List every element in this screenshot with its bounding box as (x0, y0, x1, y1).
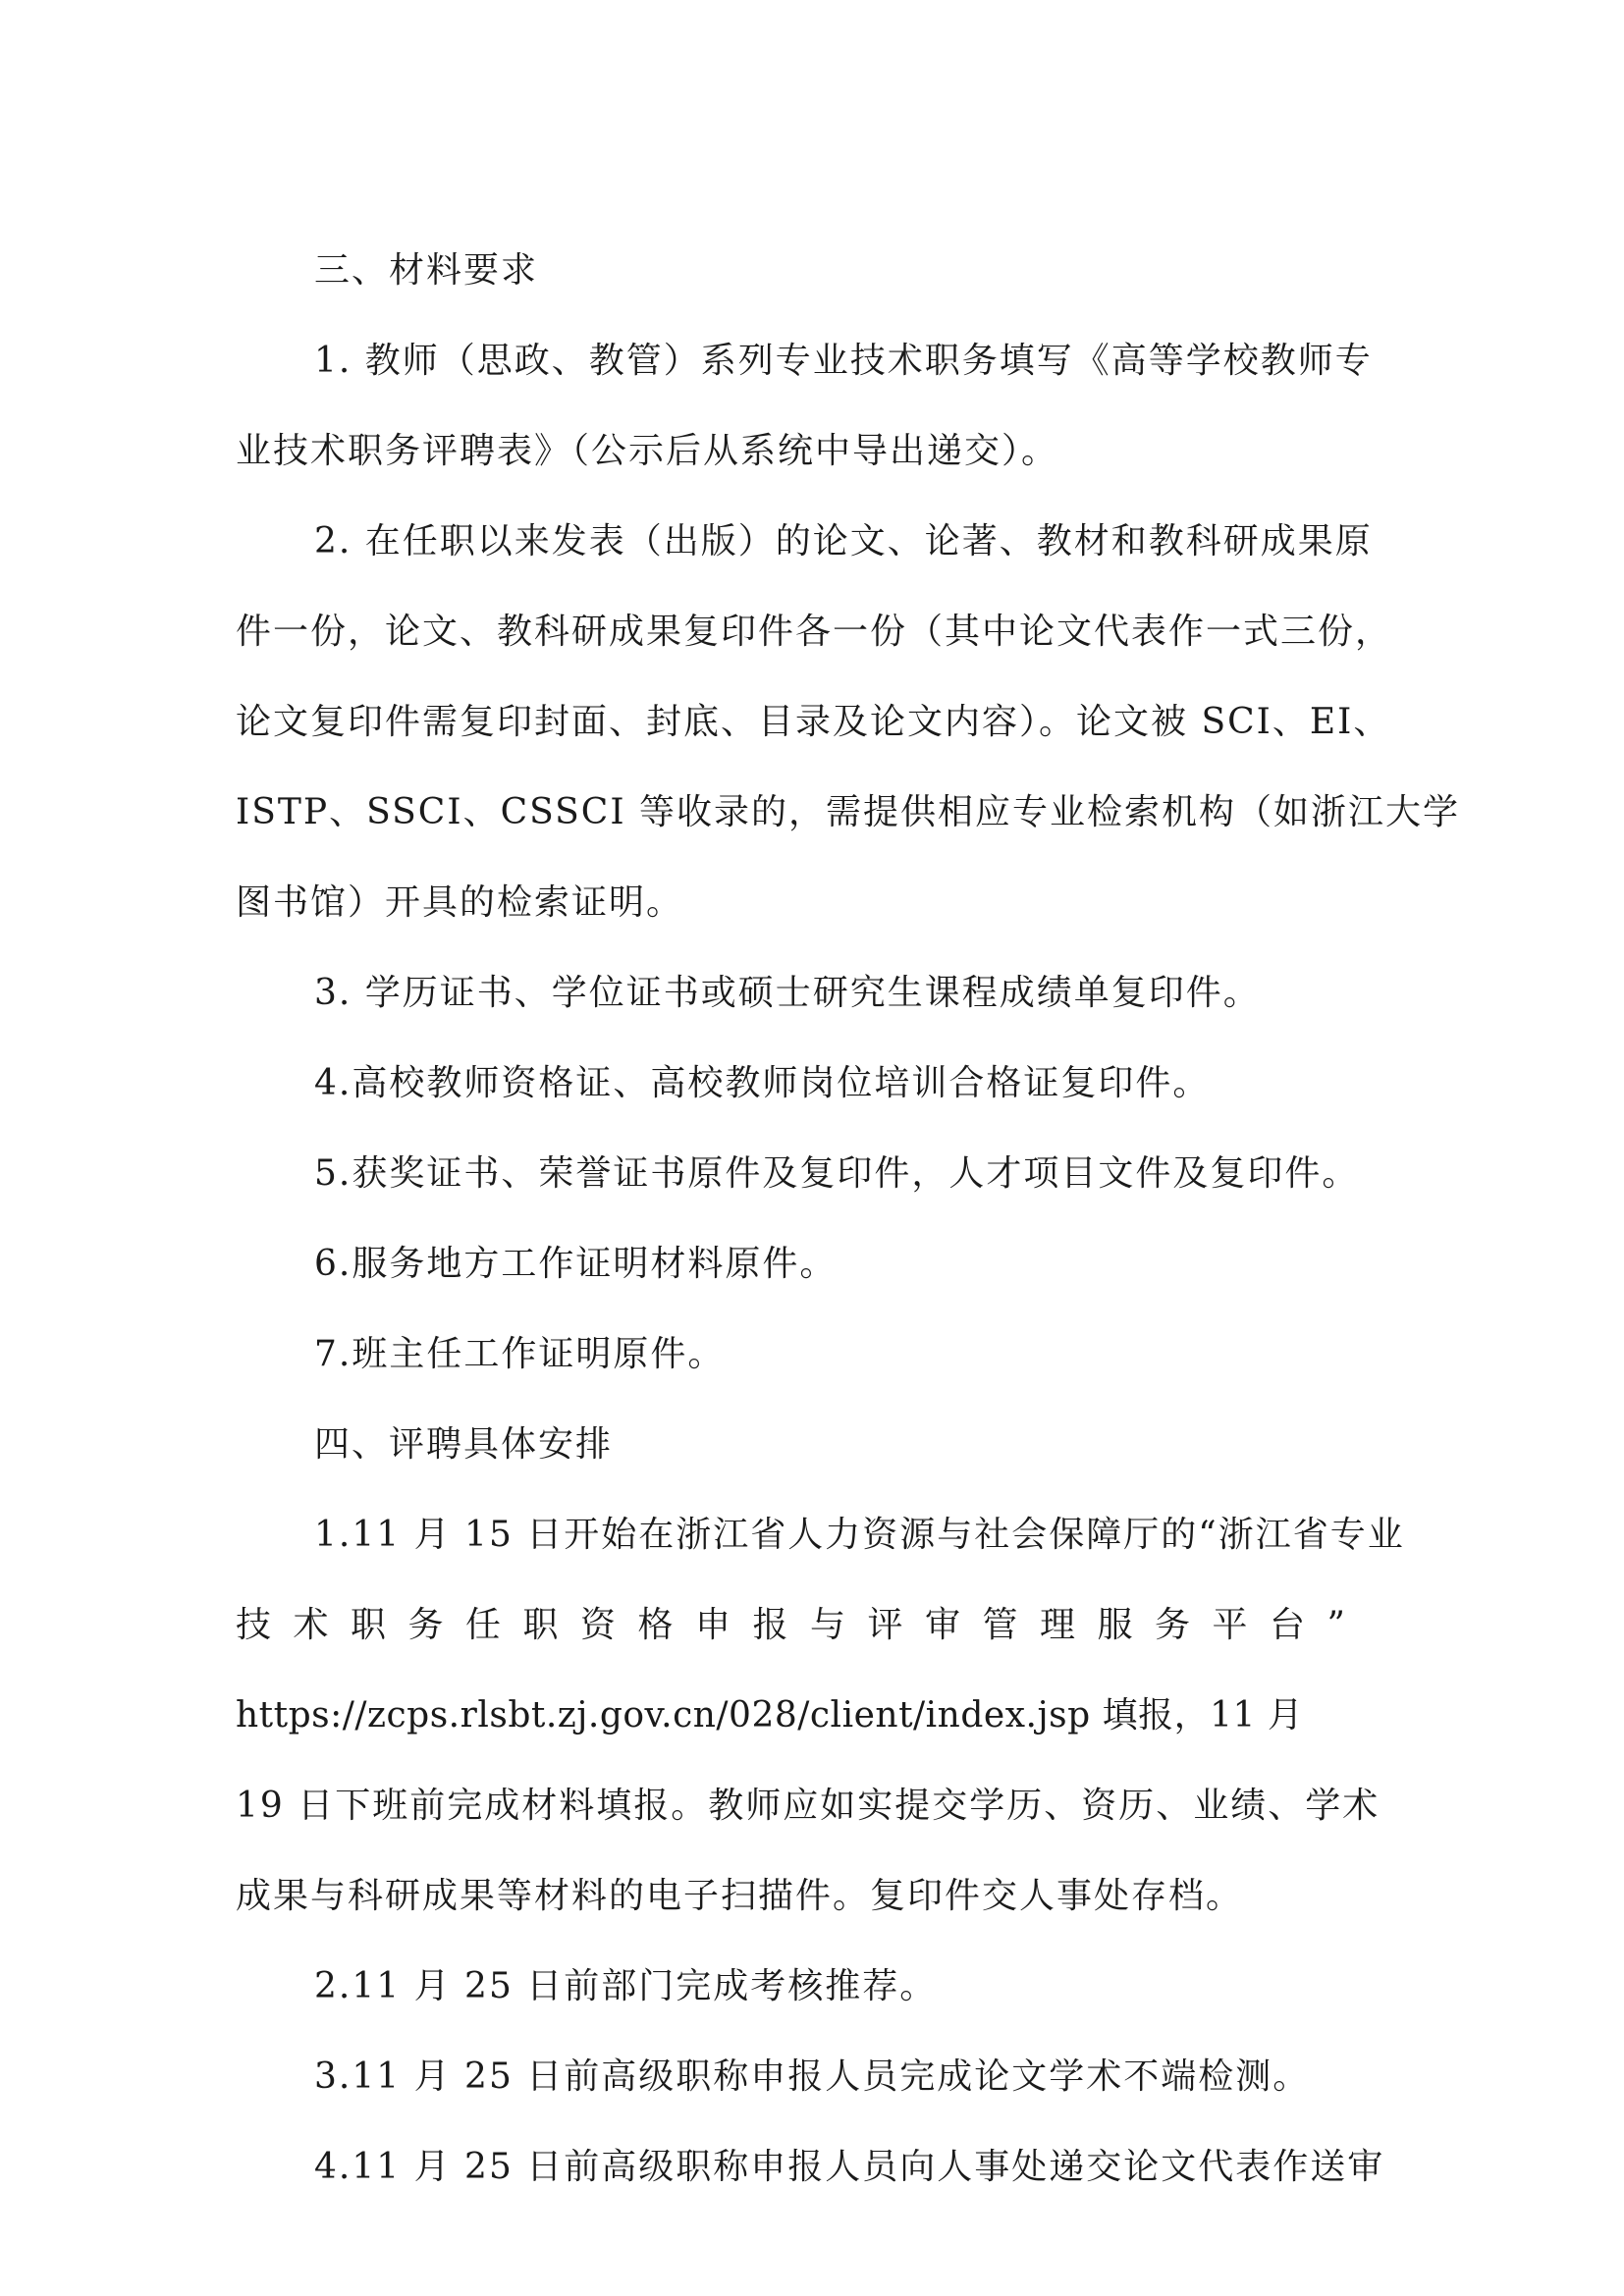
paragraph-line: 图书馆）开具的检索证明。 (236, 858, 1399, 948)
paragraph-line: 技术职务任职资格申报与评审管理服务平台” (236, 1580, 1399, 1671)
paragraph-line: 3. 学历证书、学位证书或硕士研究生课程成绩单复印件。 (236, 948, 1399, 1039)
paragraph-line: 1.11 月 15 日开始在浙江省人力资源与社会保障厅的“浙江省专业 (236, 1490, 1399, 1580)
section-heading-schedule: 四、评聘具体安排 (236, 1400, 1399, 1490)
document-page: 三、材料要求 1. 教师（思政、教管）系列专业技术职务填写《高等学校教师专 业技… (236, 226, 1399, 2213)
paragraph-line: 2.11 月 25 日前部门完成考核推荐。 (236, 1942, 1399, 2032)
paragraph-line: 6.服务地方工作证明材料原件。 (236, 1219, 1399, 1309)
paragraph-line: 2. 在任职以来发表（出版）的论文、论著、教材和教科研成果原 (236, 497, 1399, 587)
paragraph-line: 论文复印件需复印封面、封底、目录及论文内容）。论文被 SCI、EI、 (236, 677, 1399, 768)
paragraph-line: 5.获奖证书、荣誉证书原件及复印件，人才项目文件及复印件。 (236, 1129, 1399, 1219)
section-heading-materials: 三、材料要求 (236, 226, 1399, 316)
paragraph-line: 7.班主任工作证明原件。 (236, 1309, 1399, 1400)
paragraph-line: ISTP、SSCI、CSSCI 等收录的，需提供相应专业检索机构（如浙江大学 (236, 768, 1399, 858)
paragraph-line: 19 日下班前完成材料填报。教师应如实提交学历、资历、业绩、学术 (236, 1761, 1399, 1851)
paragraph-line: 1. 教师（思政、教管）系列专业技术职务填写《高等学校教师专 (236, 316, 1399, 406)
paragraph-line: 4.高校教师资格证、高校教师岗位培训合格证复印件。 (236, 1039, 1399, 1129)
paragraph-line: 件一份，论文、教科研成果复印件各一份（其中论文代表作一式三份， (236, 587, 1399, 677)
paragraph-line: 4.11 月 25 日前高级职称申报人员向人事处递交论文代表作送审 (236, 2122, 1399, 2213)
paragraph-line: 业技术职务评聘表》（公示后从系统中导出递交）。 (236, 406, 1399, 497)
paragraph-line-url: https://zcps.rlsbt.zj.gov.cn/028/client/… (236, 1671, 1399, 1761)
paragraph-line: 3.11 月 25 日前高级职称申报人员完成论文学术不端检测。 (236, 2032, 1399, 2122)
paragraph-line: 成果与科研成果等材料的电子扫描件。复印件交人事处存档。 (236, 1851, 1399, 1942)
